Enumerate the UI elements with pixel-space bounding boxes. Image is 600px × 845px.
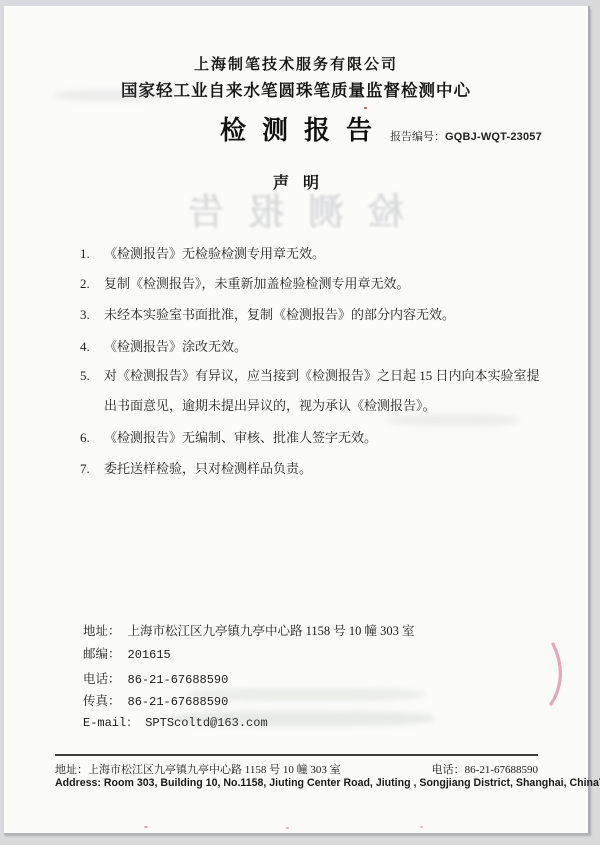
item-text: 《检测报告》无检验检测专用章无效。 xyxy=(104,239,540,269)
contact-phone-row: 电话：86-21-67688590 xyxy=(83,669,228,687)
item-text: 复制《检测报告》，未重新加盖检验检测专用章无效。 xyxy=(104,269,540,299)
pink-pen-mark xyxy=(547,642,565,706)
declaration-item-5: 5. 对《检测报告》有异议，应当接到《检测报告》之日起 15 日内向本实验室提出… xyxy=(80,361,540,421)
item-text-line-2: 出书面意见，逾期未提出异议的，视为承认《检测报告》。 xyxy=(104,398,436,413)
item-number: 5. xyxy=(80,361,104,421)
item-text-line-1: 对《检测报告》有异议，应当接到《检测报告》之日起 15 日内向本实验室提 xyxy=(104,368,540,383)
item-text: 《检测报告》涂改无效。 xyxy=(104,332,540,362)
document-page: 上海制笔技术服务有限公司 国家轻工业自来水笔圆珠笔质量监督检测中心 检测报告 报… xyxy=(4,6,590,833)
footer-phone-cn: 电话：86-21-67688590 xyxy=(432,761,538,777)
report-number: 报告编号：GQBJ-WQT-23057 xyxy=(390,128,542,144)
report-number-label: 报告编号： xyxy=(390,131,445,143)
contact-value: SPTScoltd@163.com xyxy=(145,716,267,730)
report-number-value: GQBJ-WQT-23057 xyxy=(445,131,542,143)
contact-label: 传真： xyxy=(83,694,121,708)
scan-speck xyxy=(144,826,148,828)
item-text: 委托送样检验，只对检测样品负责。 xyxy=(104,454,540,484)
contact-value: 201615 xyxy=(128,648,171,662)
contact-label: 邮编： xyxy=(83,647,121,661)
scan-speck xyxy=(364,107,367,109)
footer-line-cn: 地址：上海市松江区九亭镇九亭中心路 1158 号 10 幢 303 室 电话：8… xyxy=(55,761,538,777)
scan-speck xyxy=(420,826,423,828)
item-text: 对《检测报告》有异议，应当接到《检测报告》之日起 15 日内向本实验室提出书面意… xyxy=(104,361,540,421)
contact-value: 86-21-67688590 xyxy=(128,673,229,687)
declaration-heading: 声明 xyxy=(4,170,588,193)
declaration-item-2: 2. 复制《检测报告》，未重新加盖检验检测专用章无效。 xyxy=(80,269,540,299)
declaration-item-4: 4. 《检测报告》涂改无效。 xyxy=(80,332,540,362)
testing-center-name: 国家轻工业自来水笔圆珠笔质量监督检测中心 xyxy=(4,77,588,101)
contact-address-row: 地址：上海市松江区九亭镇九亭中心路 1158 号 10 幢 303 室 xyxy=(83,621,415,639)
contact-label: E-mail： xyxy=(83,716,138,730)
contact-zipcode-row: 邮编：201615 xyxy=(83,644,171,662)
item-number: 7. xyxy=(80,454,104,484)
footer-address-en: Address: Room 303, Building 10, No.1158,… xyxy=(55,777,599,789)
item-number: 6. xyxy=(80,423,104,453)
footer-divider xyxy=(55,754,538,756)
item-number: 1. xyxy=(80,239,104,269)
contact-fax-row: 传真：86-21-67688590 xyxy=(83,691,228,709)
contact-email-row: E-mail：SPTScoltd@163.com xyxy=(83,713,268,730)
item-text: 未经本实验室书面批准，复制《检测报告》的部分内容无效。 xyxy=(104,300,540,330)
item-number: 2. xyxy=(80,269,104,299)
contact-label: 电话： xyxy=(83,672,121,686)
contact-value: 86-21-67688590 xyxy=(128,695,229,709)
declaration-item-3: 3. 未经本实验室书面批准，复制《检测报告》的部分内容无效。 xyxy=(80,300,540,330)
item-number: 4. xyxy=(80,332,104,362)
declaration-item-1: 1. 《检测报告》无检验检测专用章无效。 xyxy=(80,239,540,269)
declaration-item-7: 7. 委托送样检验，只对检测样品负责。 xyxy=(80,454,540,484)
item-number: 3. xyxy=(80,300,104,330)
scan-speck xyxy=(286,827,289,829)
item-text: 《检测报告》无编制、审核、批准人签字无效。 xyxy=(104,423,540,453)
company-name: 上海制笔技术服务有限公司 xyxy=(4,53,588,74)
contact-value: 上海市松江区九亭镇九亭中心路 1158 号 10 幢 303 室 xyxy=(128,624,415,638)
footer-address-cn: 地址：上海市松江区九亭镇九亭中心路 1158 号 10 幢 303 室 xyxy=(55,761,341,777)
contact-label: 地址： xyxy=(83,624,121,638)
declaration-item-6: 6. 《检测报告》无编制、审核、批准人签字无效。 xyxy=(80,423,540,453)
footer-line-en: Address: Room 303, Building 10, No.1158,… xyxy=(55,777,542,789)
